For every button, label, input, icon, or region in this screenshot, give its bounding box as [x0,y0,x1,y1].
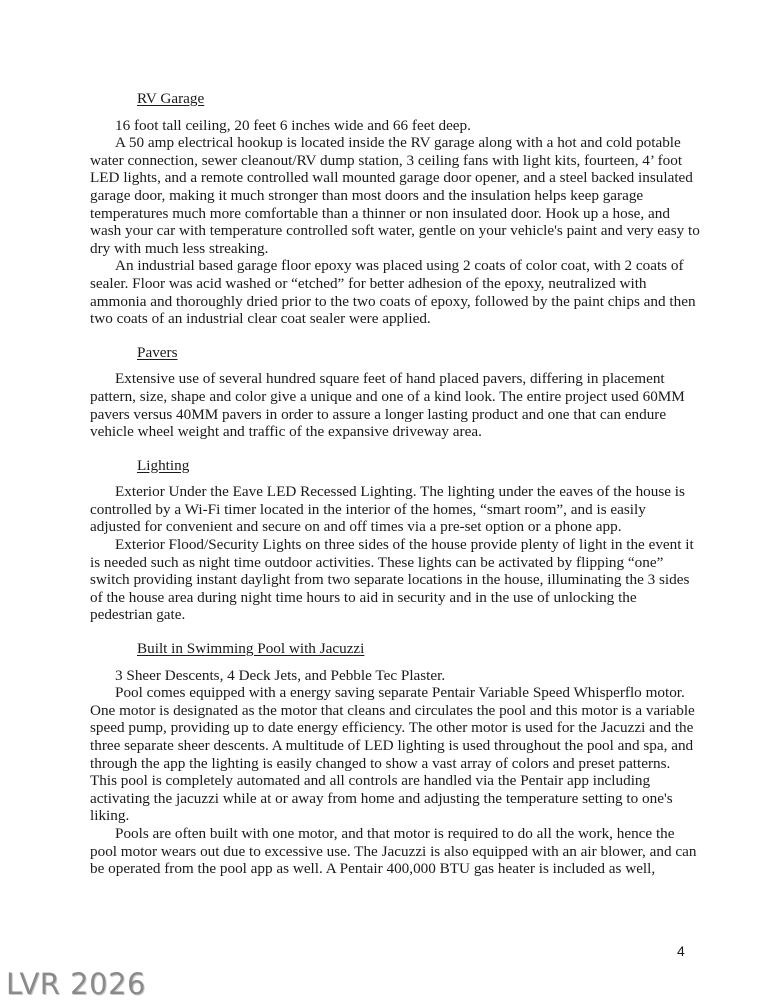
paragraph: Pool comes equipped with a energy saving… [90,684,700,825]
section-lighting: Lighting Exterior Under the Eave LED Rec… [90,457,700,624]
paragraph: Pools are often built with one motor, an… [90,825,700,878]
section-heading: Pavers [137,344,700,362]
section-pool: Built in Swimming Pool with Jacuzzi 3 Sh… [90,640,700,878]
paragraph: Extensive use of several hundred square … [90,370,700,440]
section-heading: Built in Swimming Pool with Jacuzzi [137,640,700,658]
paragraph: 16 foot tall ceiling, 20 feet 6 inches w… [90,117,700,135]
section-pavers: Pavers Extensive use of several hundred … [90,344,700,441]
section-heading: Lighting [137,457,700,475]
paragraph: 3 Sheer Descents, 4 Deck Jets, and Pebbl… [90,667,700,685]
section-heading: RV Garage [137,90,700,108]
section-rv-garage: RV Garage 16 foot tall ceiling, 20 feet … [90,90,700,328]
paragraph: An industrial based garage floor epoxy w… [90,257,700,327]
paragraph: Exterior Under the Eave LED Recessed Lig… [90,483,700,536]
document-page: RV Garage 16 foot tall ceiling, 20 feet … [90,88,700,878]
paragraph: A 50 amp electrical hookup is located in… [90,134,700,257]
page-number: 4 [677,943,685,959]
paragraph: Exterior Flood/Security Lights on three … [90,536,700,624]
watermark: LVR 2026 [6,967,146,1001]
